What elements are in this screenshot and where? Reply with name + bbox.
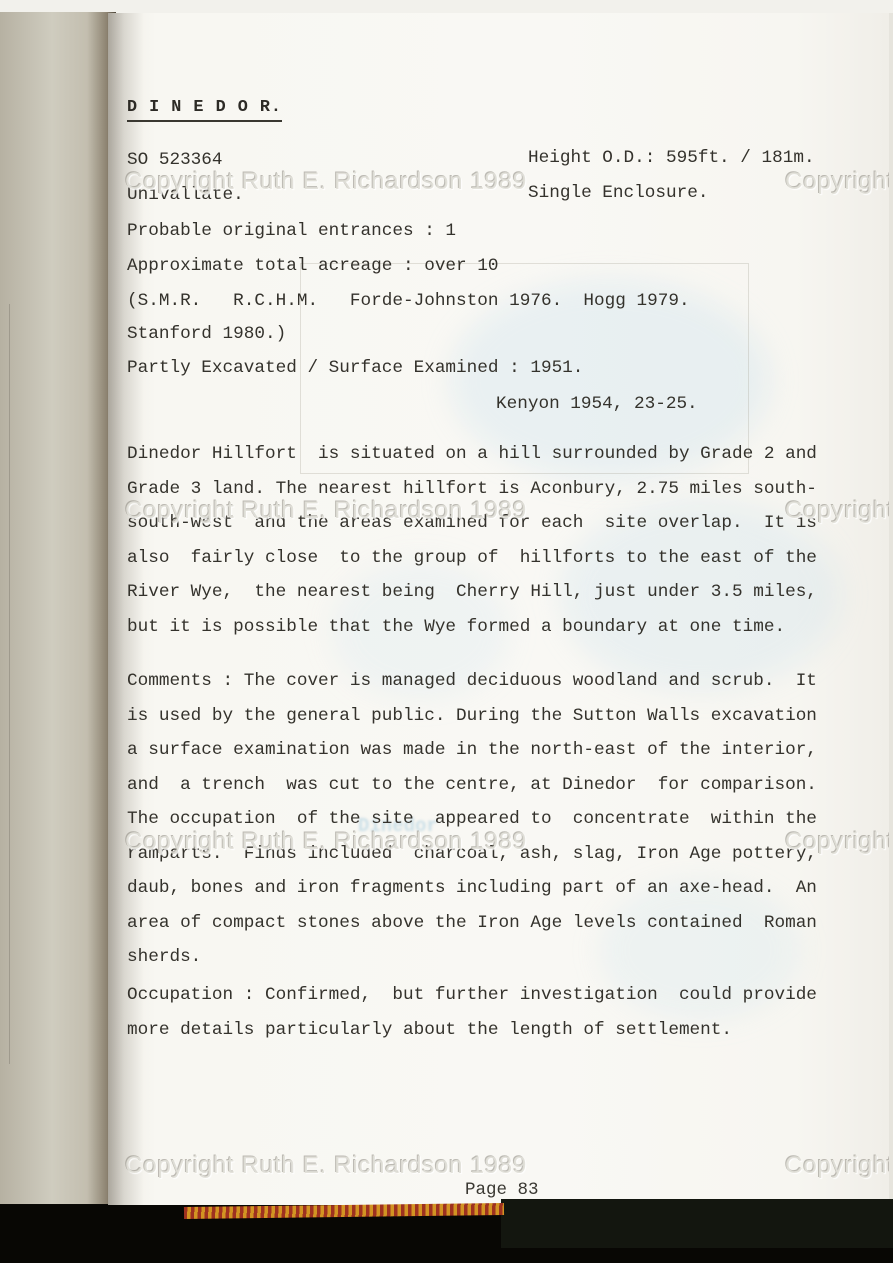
text-line: daub, bones and iron fragments including… — [127, 871, 817, 906]
paragraph-occupation: Occupation : Confirmed, but further inve… — [127, 978, 817, 1047]
watermark-row1: Copyright Ruth E. Richardson 1989 — [125, 168, 527, 196]
text-line: also fairly close to the group of hillfo… — [127, 541, 817, 576]
references-line2: Stanford 1980.) — [127, 324, 286, 344]
watermark-row2-partial: Copyright — [785, 497, 889, 525]
text-line: Dinedor Hillfort is situated on a hill s… — [127, 437, 817, 472]
previous-page-edge — [0, 12, 116, 1204]
excavation-reference: Kenyon 1954, 23-25. — [496, 394, 698, 414]
book-photo-frame: Dinedor D I N E D O R. SO 523364 Height … — [0, 0, 893, 1263]
right-page-edge — [889, 13, 893, 1205]
watermark-row4: Copyright Ruth E. Richardson 1989 — [125, 1152, 527, 1180]
text-line: Comments : The cover is managed deciduou… — [127, 664, 817, 699]
text-line: Occupation : Confirmed, but further inve… — [127, 978, 817, 1013]
excavation-status: Partly Excavated / Surface Examined : 19… — [127, 358, 583, 378]
watermark-row3: Copyright Ruth E. Richardson 1989 — [125, 828, 527, 856]
text-line: area of compact stones above the Iron Ag… — [127, 906, 817, 941]
watermark-row1-partial: Copyright — [785, 168, 889, 196]
watermark-row3-partial: Copyright — [785, 828, 889, 856]
height-od: Height O.D.: 595ft. / 181m. — [528, 148, 815, 168]
paragraph-comments: Comments : The cover is managed deciduou… — [127, 664, 817, 975]
paragraph-location: Dinedor Hillfort is situated on a hill s… — [127, 437, 817, 644]
text-line: sherds. — [127, 940, 817, 975]
book-cover-edge — [501, 1199, 893, 1248]
enclosure-type: Single Enclosure. — [528, 183, 708, 203]
text-line: is used by the general public. During th… — [127, 699, 817, 734]
page-number: Page 83 — [465, 1180, 539, 1200]
text-line: but it is possible that the Wye formed a… — [127, 610, 817, 645]
references-line1: (S.M.R. R.C.H.M. Forde-Johnston 1976. Ho… — [127, 291, 690, 311]
text-line: River Wye, the nearest being Cherry Hill… — [127, 575, 817, 610]
watermark-row4-partial: Copyright — [785, 1152, 889, 1180]
text-line: and a trench was cut to the centre, at D… — [127, 768, 817, 803]
page-title: D I N E D O R. — [127, 98, 282, 122]
entrances: Probable original entrances : 1 — [127, 221, 456, 241]
pencil-line — [9, 304, 10, 1064]
scanned-page: Dinedor D I N E D O R. SO 523364 Height … — [108, 13, 889, 1205]
text-line: more details particularly about the leng… — [127, 1013, 817, 1048]
watermark-row2: Copyright Ruth E. Richardson 1989 — [125, 497, 527, 525]
acreage: Approximate total acreage : over 10 — [127, 256, 499, 276]
top-page-edge — [0, 0, 893, 14]
text-line: a surface examination was made in the no… — [127, 733, 817, 768]
